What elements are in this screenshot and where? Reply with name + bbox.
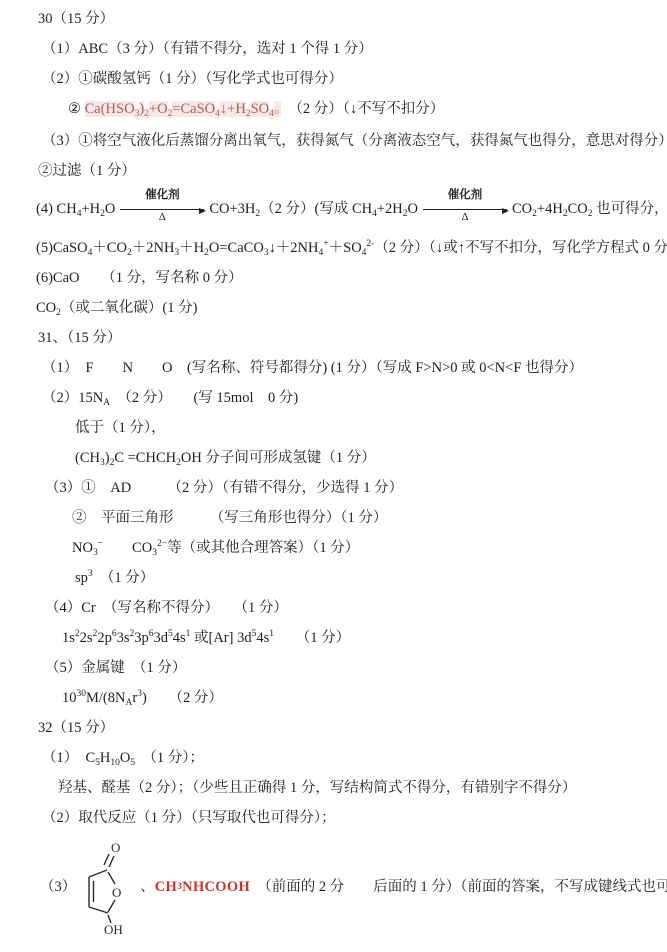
catalyst-label: 催化剂 [448, 189, 483, 202]
answer-line-28: （3） O O OH 、CH3NHCOOH （前面的 2 分 后面的 1 分）（… [36, 839, 659, 935]
answer-line-22: （5）金属键 （1 分） [36, 659, 659, 677]
text-run: ＋H [179, 240, 204, 256]
answer-line-9: (6)CaO （1 分，写名称 0 分） [36, 269, 659, 287]
answer-line-26: 羟基、醛基（2 分）；（少些且正确得 1 分，写结构简式不得分，有错别字不得分） [36, 779, 659, 797]
text-run: (4) CH [36, 201, 77, 217]
answer-line-5: （3）①将空气液化后蒸馏分离出氧气，获得氮气（分离液态空气，获得氮气也得分，意思… [36, 132, 659, 150]
answer-line-17: ② 平面三角形 （写三角形也得分）（1 分） [36, 509, 659, 527]
text-run: （1）ABC（3 分）（有错不得分，选对 1 个得 1 分） [42, 41, 373, 57]
text-run: 、 [140, 878, 155, 896]
text-run: 等（或其他合理答案）（1 分） [167, 540, 359, 556]
text-run: ＋CO [92, 240, 127, 256]
text-run: 31、（15 分） [38, 330, 121, 346]
answer-line-14: 低于（1 分）， [36, 419, 659, 437]
text-run: 4 [362, 248, 367, 258]
text-run: （4）Cr （写名称不得分） （1 分） [45, 600, 288, 616]
answer-line-8: (5)CaSO4＋CO2＋2NH3＋H2O=CaCO3↓＋2NH4+＋SO42-… [36, 239, 659, 257]
text-run: CO [512, 201, 532, 217]
hydroxyl-label: OH [104, 922, 123, 935]
answer-line-10: CO2（或二氧化碳）(1 分) [36, 299, 659, 317]
delta-label: Δ [461, 211, 468, 224]
text-run: 1s [62, 630, 75, 646]
answer-line-7: (4) CH4+H2O催化剂ΔCO+3H2（2 分）(写成 CH4+2H2O催化… [36, 192, 659, 227]
text-run: 3s [117, 630, 130, 646]
text-run: O [408, 201, 418, 217]
text-run: ② 平面三角形 （写三角形也得分）（1 分） [72, 510, 387, 526]
text-run: （1 分） [274, 630, 350, 646]
answer-line-12: （1） F N O (写名称、符号都得分) (1 分）（写成 F>N>0 或 0… [36, 359, 659, 377]
catalyst-label: 催化剂 [145, 189, 180, 202]
answer-line-24: 32（15 分） [36, 719, 659, 737]
text-run: （1 分） [93, 570, 155, 586]
text-run: (5)CaSO [36, 240, 88, 256]
text-run: CO [568, 201, 588, 217]
text-run: （前面的 2 分 后面的 1 分）（前面的答案，不写成键线式也可得分） [250, 878, 667, 896]
answer-line-25: （1） C5H10O5 （1 分）； [36, 749, 659, 767]
text-run: 3 [93, 548, 98, 558]
text-run: CO+3H [209, 201, 255, 217]
carbonyl-o-label: O [111, 840, 120, 855]
text-run: NHCOOH [182, 878, 250, 896]
text-run: NO [72, 540, 93, 556]
text-run: (6)CaO （1 分，写名称 0 分） [36, 270, 243, 286]
text-run: O [120, 750, 130, 766]
text-run: 4 [319, 248, 324, 258]
text-run: 3p [134, 630, 149, 646]
text-run: （2 分）（↓不写不扣分） [281, 101, 444, 117]
text-run: CH [155, 878, 177, 896]
answer-document: 30（15 分）（1）ABC（3 分）（有错不得分，选对 1 个得 1 分）（2… [0, 0, 667, 935]
answer-line-1: 30（15 分） [36, 10, 659, 28]
text-run: 3d [153, 630, 168, 646]
answer-line-19: sp3 （1 分） [36, 569, 659, 587]
text-run: 3 [152, 548, 157, 558]
answer-line-23: 1030M/(8NAr3) （2 分） [36, 689, 659, 707]
text-run: OH 分子间可形成氢键（1 分） [181, 450, 376, 466]
text-run: +O [149, 101, 168, 117]
text-run: +H [81, 201, 100, 217]
text-run: 4s [173, 630, 186, 646]
text-run: (CH [75, 450, 100, 466]
answer-line-6: ②过滤（1 分） [36, 162, 659, 180]
arrow-shaft [120, 202, 204, 210]
text-run: ↓+H [220, 101, 246, 117]
text-run: （1） F N O (写名称、符号都得分) (1 分）（写成 F>N>0 或 0… [42, 360, 583, 376]
text-run: （2 分）(写成 CH [260, 201, 372, 217]
arrow-shaft [423, 202, 507, 210]
answer-line-21: 1s22s22p63s23p63d54s1 或[Ar] 3d54s1 （1 分） [36, 629, 659, 647]
text-run: 10 [110, 758, 120, 768]
text-run: 2p [97, 630, 112, 646]
text-run: 低于（1 分）， [75, 420, 166, 436]
text-run: 2− [157, 539, 167, 549]
text-run: ② [68, 101, 85, 117]
text-run: （2 分） (写 15mol 0 分) [110, 390, 298, 406]
answer-line-15: (CH3)2C =CHCH2OH 分子间可形成氢键（1 分） [36, 449, 659, 467]
text-run: （1 分）； [135, 750, 204, 766]
text-run: ②过滤（1 分） [38, 163, 136, 179]
answer-line-16: （3）① AD （2 分）（有错不得分，少选得 1 分） [36, 479, 659, 497]
text-run: 30（15 分） [38, 11, 114, 27]
answer-line-3: （2）①碳酸氢钙（1 分）（写化学式也可得分） [36, 70, 659, 88]
text-run: +4H [537, 201, 563, 217]
text-run: ＋SO [329, 240, 362, 256]
text-run: （3）①将空气液化后蒸馏分离出氧气，获得氮气（分离液态空气，获得氮气也得分，意思… [42, 133, 667, 149]
text-run: H [100, 750, 110, 766]
text-run: （2）15N [42, 390, 103, 406]
text-run: 2s [80, 630, 93, 646]
text-run: （3）① AD （2 分）（有错不得分，少选得 1 分） [45, 480, 403, 496]
text-run: 也可得分，条件不扣分) [592, 201, 667, 217]
answer-key-page: { "colors": { "formula_red": "#b65a55", … [0, 0, 667, 952]
text-run: CO [36, 300, 56, 316]
text-run: 30 [77, 689, 87, 699]
text-run: 4s [256, 630, 269, 646]
text-run: ＋2NH [132, 240, 175, 256]
text-run: （2）取代反应（1 分）（只写取代也可得分）； [42, 810, 336, 826]
answer-line-4: ② Ca(HSO3)2+O2=CaSO4↓+H2SO4。 （2 分）（↓不写不扣… [36, 100, 659, 118]
answer-line-11: 31、（15 分） [36, 329, 659, 347]
text-run: 2 [246, 109, 251, 119]
text-run: =CaSO [172, 101, 215, 117]
text-run: sp [75, 570, 88, 586]
answer-line-27: （2）取代反应（1 分）（只写取代也可得分）； [36, 809, 659, 827]
answer-line-20: （4）Cr （写名称不得分） （1 分） [36, 599, 659, 617]
text-run: O [105, 201, 115, 217]
answer-line-2: （1）ABC（3 分）（有错不得分，选对 1 个得 1 分） [36, 40, 659, 58]
text-run: 或[Ar] 3d [190, 630, 251, 646]
text-run: 32（15 分） [38, 720, 114, 736]
text-run: Ca(HSO [85, 101, 135, 117]
text-run: ) （2 分） [142, 690, 223, 706]
text-run: （3） [40, 878, 76, 896]
text-run: SO [251, 101, 270, 117]
reaction-arrow: 催化剂Δ [120, 189, 204, 224]
reaction-arrow: 催化剂Δ [423, 189, 507, 224]
text-run: C =CHCH [114, 450, 176, 466]
text-run: （或二氧化碳）(1 分) [61, 300, 198, 316]
text-run: （2 分）（↓或↑不写不扣分，写化学方程式 0 分） [374, 240, 667, 256]
text-run: CO [103, 540, 152, 556]
answer-line-18: NO3− CO32−等（或其他合理答案）（1 分） [36, 539, 659, 557]
text-run: 10 [62, 690, 77, 706]
text-run: +2H [377, 201, 403, 217]
delta-label: Δ [159, 211, 166, 224]
text-run: （5）金属键 （1 分） [45, 660, 186, 676]
text-run: 羟基、醛基（2 分）；（少些且正确得 1 分，写结构简式不得分，有错别字不得分） [58, 780, 576, 796]
lactone-ring-structure: O O OH [78, 839, 138, 935]
text-run: （1） C [42, 750, 95, 766]
text-run: ↓＋2NH [269, 240, 319, 256]
answer-line-13: （2）15NA （2 分） (写 15mol 0 分) [36, 389, 659, 407]
text-run: （2）①碳酸氢钙（1 分）（写化学式也可得分） [42, 71, 343, 87]
text-run: O=CaCO [209, 240, 264, 256]
text-run: M/(8N [86, 690, 125, 706]
ring-oxygen-label: O [112, 885, 121, 900]
